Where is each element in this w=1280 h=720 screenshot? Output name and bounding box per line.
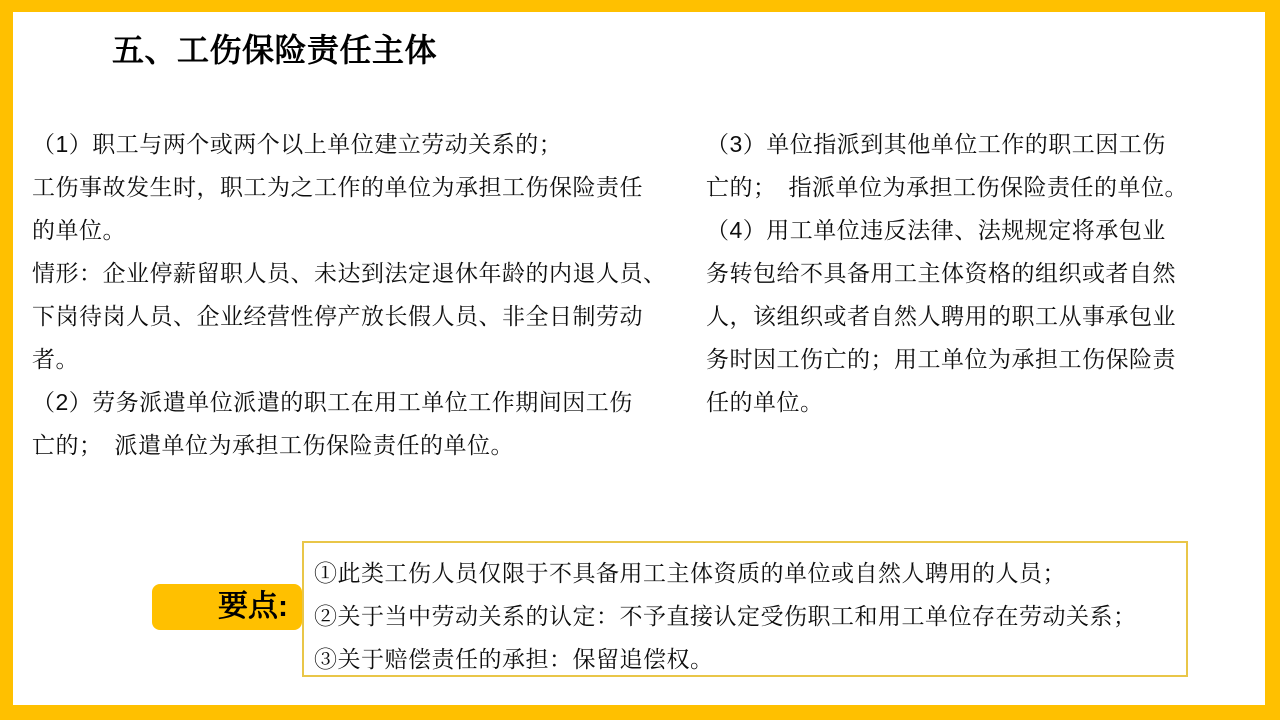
right-text-column: （3）单位指派到其他单位工作的职工因工伤 亡的； 指派单位为承担工伤保险责任的单… [706,123,1221,424]
slide-title: 五、工伤保险责任主体 [112,28,437,72]
keypoints-label: 要点: [152,584,302,630]
slide: 五、工伤保险责任主体 （1）职工与两个或两个以上单位建立劳动关系的； 工伤事故发… [0,0,1280,720]
left-text-column: （1）职工与两个或两个以上单位建立劳动关系的； 工伤事故发生时，职工为之工作的单… [32,123,712,467]
keypoints-box: ①此类工伤人员仅限于不具备用工主体资质的单位或自然人聘用的人员； ②关于当中劳动… [302,541,1188,677]
